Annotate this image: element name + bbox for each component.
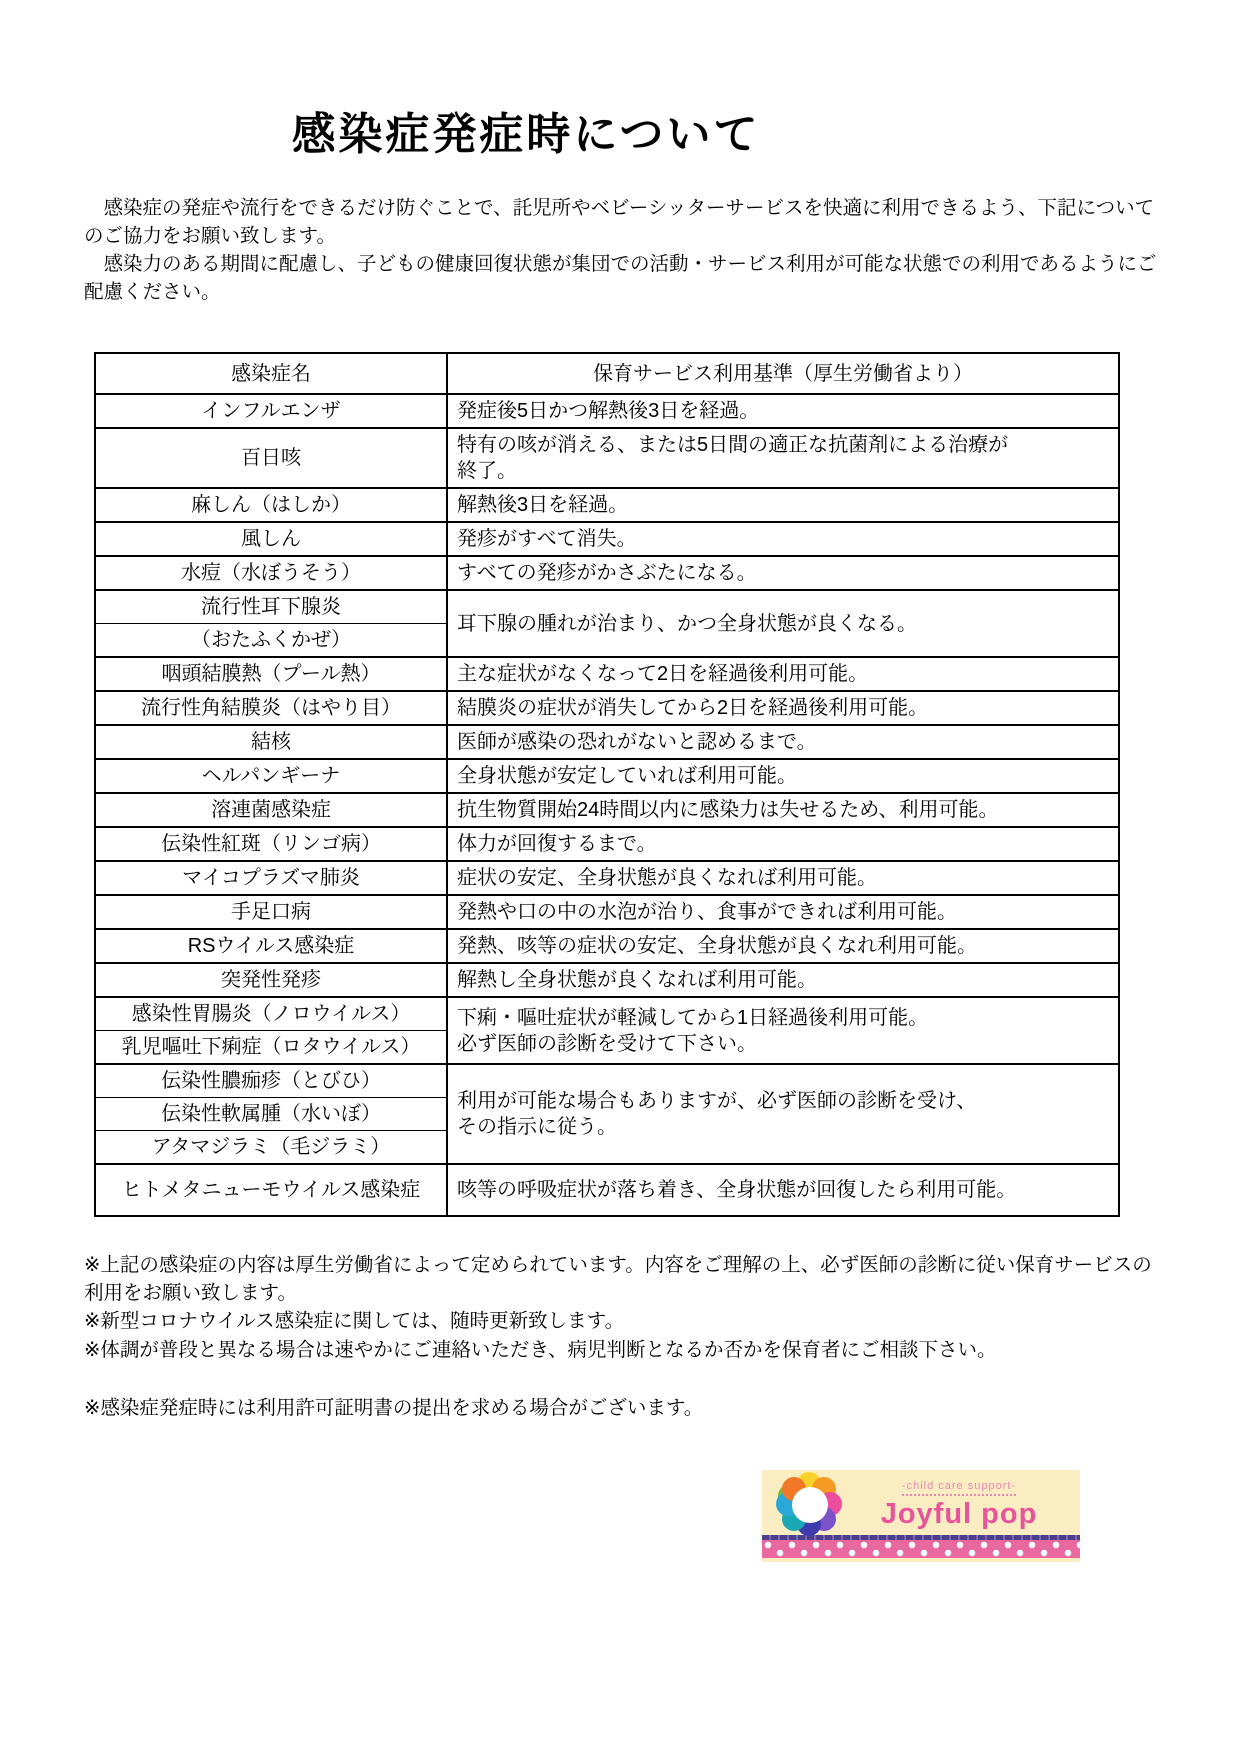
joyful-pop-logo: -child care support- Joyful pop: [762, 1470, 1080, 1562]
logo-main-area: -child care support- Joyful pop: [762, 1470, 1080, 1535]
certificate-note: ※感染症発症時には利用許可証明書の提出を求める場合がございます。: [84, 1394, 1158, 1422]
table-row: 麻しん（はしか） 解熱後3日を経過。: [95, 488, 1119, 522]
criteria-cell: 発症後5日かつ解熱後3日を経過。: [447, 394, 1119, 428]
disease-name-cell: 水痘（水ぼうそう）: [95, 556, 447, 590]
criteria-cell: 抗生物質開始24時間以内に感染力は失せるため、利用可能。: [447, 793, 1119, 827]
disease-name-cell: ヒトメタニューモウイルス感染症: [95, 1164, 447, 1216]
intro-section: 感染症の発症や流行をできるだけ防ぐことで、託児所やベビーシッターサービスを快適に…: [84, 194, 1158, 306]
logo-text-block: -child care support- Joyful pop: [848, 1476, 1070, 1531]
table-row: インフルエンザ 発症後5日かつ解熱後3日を経過。: [95, 394, 1119, 428]
disease-name-cell: 結核: [95, 725, 447, 759]
page-title: 感染症発症時について: [0, 98, 1063, 162]
disease-name-cell: 手足口病: [95, 895, 447, 929]
disease-name-cell: （おたふくかぜ）: [95, 624, 447, 658]
criteria-cell: 発疹がすべて消失。: [447, 522, 1119, 556]
column-header-criteria: 保育サービス利用基準（厚生労働省より）: [447, 353, 1119, 394]
disease-name-cell: インフルエンザ: [95, 394, 447, 428]
disease-name-cell: ヘルパンギーナ: [95, 759, 447, 793]
disease-criteria-table: 感染症名 保育サービス利用基準（厚生労働省より） インフルエンザ 発症後5日かつ…: [94, 352, 1120, 1217]
criteria-cell: 解熱し全身状態が良くなれば利用可能。: [447, 963, 1119, 997]
disease-name-cell: 溶連菌感染症: [95, 793, 447, 827]
disease-name-cell: アタマジラミ（毛ジラミ）: [95, 1131, 447, 1165]
table-row: 突発性発疹 解熱し全身状態が良くなれば利用可能。: [95, 963, 1119, 997]
table-row: 手足口病 発熱や口の中の水泡が治り、食事ができれば利用可能。: [95, 895, 1119, 929]
criteria-cell: 発熱や口の中の水泡が治り、食事ができれば利用可能。: [447, 895, 1119, 929]
criteria-cell: 下痢・嘔吐症状が軽減してから1日経過後利用可能。 必ず医師の診断を受けて下さい。: [447, 997, 1119, 1064]
flower-center: [792, 1487, 828, 1523]
note-covid: ※新型コロナウイルス感染症に関しては、随時更新致します。: [84, 1307, 1158, 1335]
criteria-cell: 発熱、咳等の症状の安定、全身状態が良くなれ利用可能。: [447, 929, 1119, 963]
disease-name-cell: 麻しん（はしか）: [95, 488, 447, 522]
note-ministry: ※上記の感染症の内容は厚生労働省によって定められています。内容をご理解の上、必ず…: [84, 1251, 1158, 1307]
logo-brand-text: Joyful pop: [848, 1498, 1070, 1531]
table-row: 結核 医師が感染の恐れがないと認めるまで。: [95, 725, 1119, 759]
table-row: ヒトメタニューモウイルス感染症 咳等の呼吸症状が落ち着き、全身状態が回復したら利…: [95, 1164, 1119, 1216]
table-row: 伝染性膿痂疹（とびひ） 利用が可能な場合もありますが、必ず医師の診断を受け、 そ…: [95, 1064, 1119, 1098]
table-row: マイコプラズマ肺炎 症状の安定、全身状態が良くなれば利用可能。: [95, 861, 1119, 895]
disease-name-cell: 咽頭結膜熱（プール熱）: [95, 657, 447, 691]
table-row: 咽頭結膜熱（プール熱） 主な症状がなくなって2日を経過後利用可能。: [95, 657, 1119, 691]
disease-name-cell: 感染性胃腸炎（ノロウイルス）: [95, 997, 447, 1031]
disease-name-cell: マイコプラズマ肺炎: [95, 861, 447, 895]
intro-paragraph-1: 感染症の発症や流行をできるだけ防ぐことで、託児所やベビーシッターサービスを快適に…: [84, 194, 1158, 250]
disease-name-cell: 流行性耳下腺炎: [95, 590, 447, 624]
disease-name-cell: 百日咳: [95, 428, 447, 488]
table-row: ヘルパンギーナ 全身状態が安定していれば利用可能。: [95, 759, 1119, 793]
criteria-cell: 耳下腺の腫れが治まり、かつ全身状態が良くなる。: [447, 590, 1119, 657]
table-row: 伝染性紅斑（リンゴ病） 体力が回復するまで。: [95, 827, 1119, 861]
intro-paragraph-2: 感染力のある期間に配慮し、子どもの健康回復状態が集団での活動・サービス利用が可能…: [84, 250, 1158, 306]
table-row: 風しん 発疹がすべて消失。: [95, 522, 1119, 556]
criteria-cell: 結膜炎の症状が消失してから2日を経過後利用可能。: [447, 691, 1119, 725]
disease-name-cell: 突発性発疹: [95, 963, 447, 997]
disease-name-cell: 伝染性膿痂疹（とびひ）: [95, 1064, 447, 1098]
table-header-row: 感染症名 保育サービス利用基準（厚生労働省より）: [95, 353, 1119, 394]
note-contact: ※体調が普段と異なる場合は速やかにご連絡いただき、病児判断となるか否かを保育者に…: [84, 1336, 1158, 1364]
criteria-cell: 全身状態が安定していれば利用可能。: [447, 759, 1119, 793]
disease-name-cell: 伝染性紅斑（リンゴ病）: [95, 827, 447, 861]
disease-name-cell: 乳児嘔吐下痢症（ロタウイルス）: [95, 1031, 447, 1065]
table-row: 感染性胃腸炎（ノロウイルス） 下痢・嘔吐症状が軽減してから1日経過後利用可能。 …: [95, 997, 1119, 1031]
column-header-disease-name: 感染症名: [95, 353, 447, 394]
disease-name-cell: 風しん: [95, 522, 447, 556]
logo-tagline: -child care support-: [902, 1480, 1016, 1496]
table-row: RSウイルス感染症 発熱、咳等の症状の安定、全身状態が良くなれ利用可能。: [95, 929, 1119, 963]
table-row: 流行性角結膜炎（はやり目） 結膜炎の症状が消失してから2日を経過後利用可能。: [95, 691, 1119, 725]
table-row: 溶連菌感染症 抗生物質開始24時間以内に感染力は失せるため、利用可能。: [95, 793, 1119, 827]
notes-section: ※上記の感染症の内容は厚生労働省によって定められています。内容をご理解の上、必ず…: [84, 1251, 1158, 1363]
criteria-cell: 咳等の呼吸症状が落ち着き、全身状態が回復したら利用可能。: [447, 1164, 1119, 1216]
criteria-cell: 症状の安定、全身状態が良くなれば利用可能。: [447, 861, 1119, 895]
criteria-cell: 解熱後3日を経過。: [447, 488, 1119, 522]
criteria-cell: 特有の咳が消える、または5日間の適正な抗菌剤による治療が 終了。: [447, 428, 1119, 488]
disease-name-cell: 伝染性軟属腫（水いぼ）: [95, 1098, 447, 1131]
table-row: 百日咳 特有の咳が消える、または5日間の適正な抗菌剤による治療が 終了。: [95, 428, 1119, 488]
criteria-cell: 体力が回復するまで。: [447, 827, 1119, 861]
table-row: 流行性耳下腺炎 耳下腺の腫れが治まり、かつ全身状態が良くなる。: [95, 590, 1119, 624]
criteria-cell: 主な症状がなくなって2日を経過後利用可能。: [447, 657, 1119, 691]
criteria-cell: 利用が可能な場合もありますが、必ず医師の診断を受け、 その指示に従う。: [447, 1064, 1119, 1164]
table-row: 水痘（水ぼうそう） すべての発疹がかさぶたになる。: [95, 556, 1119, 590]
document-page: 感染症発症時について 感染症の発症や流行をできるだけ防ぐことで、託児所やベビーシ…: [0, 0, 1240, 1562]
criteria-cell: 医師が感染の恐れがないと認めるまで。: [447, 725, 1119, 759]
logo-polkadot-band: [762, 1540, 1080, 1562]
criteria-cell: すべての発疹がかさぶたになる。: [447, 556, 1119, 590]
flower-icon: [776, 1474, 842, 1534]
disease-name-cell: 流行性角結膜炎（はやり目）: [95, 691, 447, 725]
disease-name-cell: RSウイルス感染症: [95, 929, 447, 963]
